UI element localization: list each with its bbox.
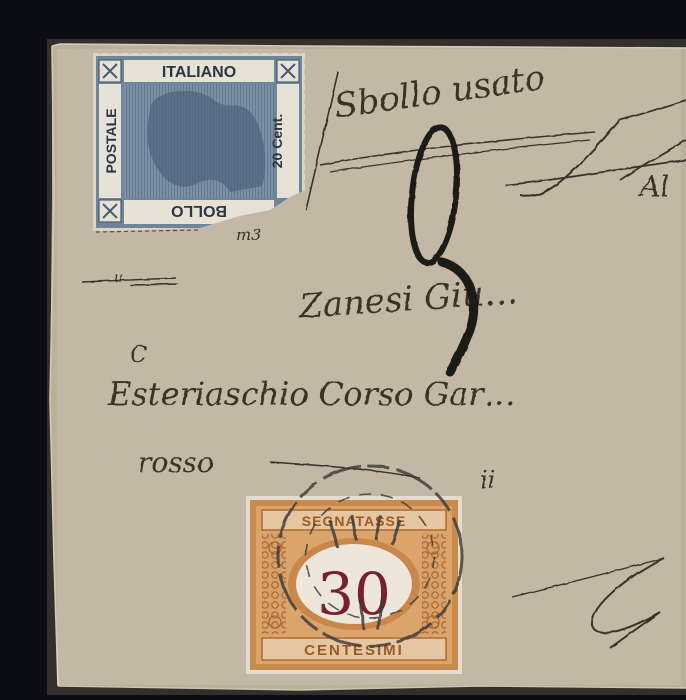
small-mark-u: u — [114, 270, 123, 286]
blue-stamp-right-text: 20 Cent. — [269, 114, 285, 168]
small-mark-m3: m3 — [236, 225, 261, 244]
blue-stamp-left-text: POSTALE — [103, 108, 119, 173]
salutation: Al — [637, 170, 669, 203]
blue-stamp-top-text: ITALIANO — [162, 64, 236, 81]
envelope-scene: ITALIANO BOLLO POSTALE 20 Cent. — [0, 0, 686, 700]
blue-stamp-bottom-text: BOLLO — [171, 202, 227, 219]
address-prefix: C — [130, 343, 147, 368]
blue-stamp: ITALIANO BOLLO POSTALE 20 Cent. — [93, 50, 308, 232]
address-line-3: rosso — [138, 446, 214, 479]
address-line: Esteriaschio Corso Gar… — [107, 375, 516, 413]
address-line-3-right: ii — [480, 466, 495, 494]
